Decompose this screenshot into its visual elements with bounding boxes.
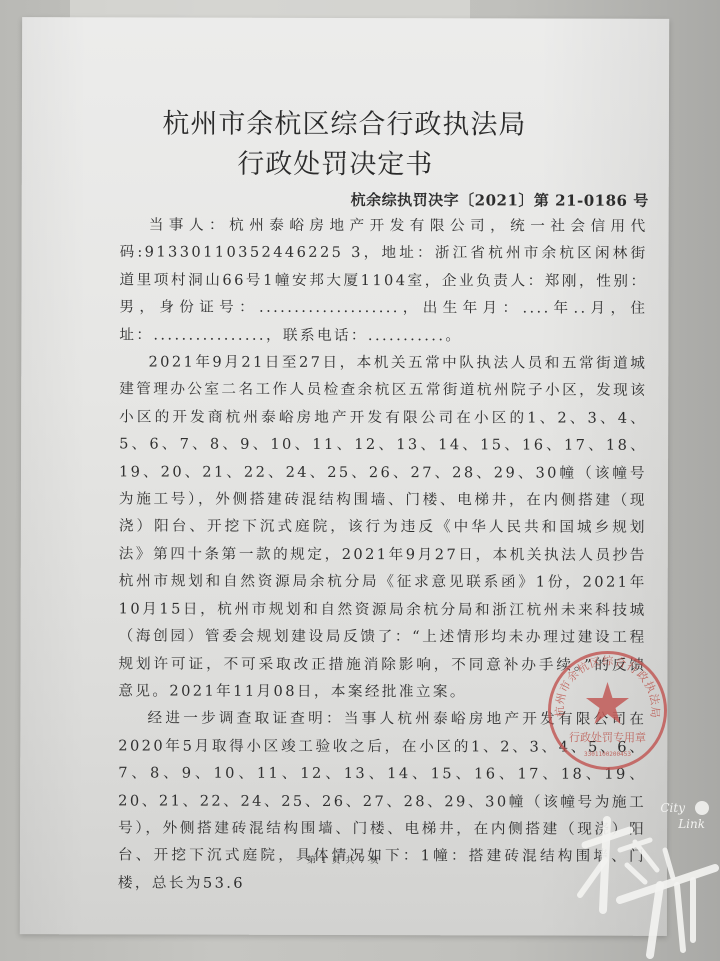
case-background-paragraph: 2021年9月21日至27日，本机关五常中队执法人员和五常街道城建管理办公室二名… (118, 348, 647, 706)
page-footer: 第 1 页 共 7 页 (20, 852, 667, 867)
investigation-findings-paragraph: 经进一步调查取证查明：当事人杭州泰峪房地产开发有限公司在2020年5月取得小区竣… (118, 705, 647, 898)
document-body: 当事人：杭州泰峪房地产开发有限公司，统一社会信用代码:9133011035244… (118, 211, 648, 898)
svg-text:Link: Link (677, 817, 705, 831)
document-number: 杭余综执罚决字〔2021〕第 21-0186 号 (351, 189, 649, 211)
party-info-paragraph: 当事人：杭州泰峪房地产开发有限公司，统一社会信用代码:9133011035244… (119, 211, 647, 349)
document-type-title: 行政处罚决定书 (20, 141, 669, 182)
issuing-authority-title: 杭州市余杭区综合行政执法局 (20, 101, 669, 142)
document-page: 杭州市余杭区综合行政执法局 行政处罚决定书 杭余综执罚决字〔2021〕第 21-… (20, 17, 669, 936)
